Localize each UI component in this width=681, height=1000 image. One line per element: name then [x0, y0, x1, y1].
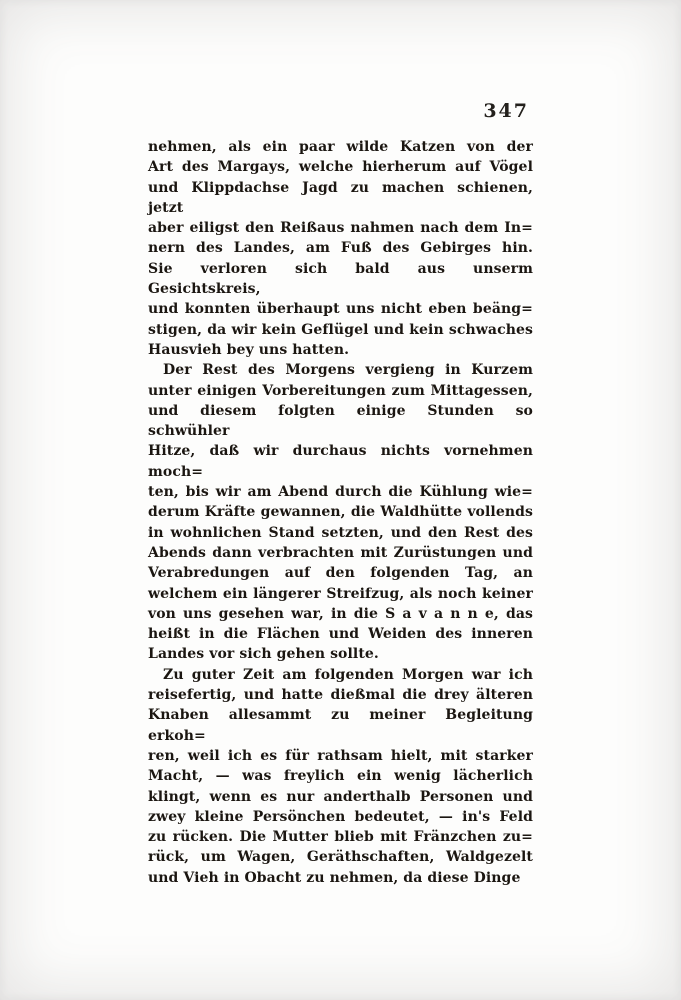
paragraph-3: Zu guter Zeit am folgenden Morgen war ic…: [148, 665, 533, 888]
text-line: Verabredungen auf den folgenden Tag, an: [148, 563, 533, 583]
text-line: zu rücken. Die Mutter blieb mit Fränzche…: [148, 827, 533, 847]
text-line: und Vieh in Obacht zu nehmen, da diese D…: [148, 868, 533, 888]
text-line: Landes vor sich gehen sollte.: [148, 644, 533, 664]
text-line: nern des Landes, am Fuß des Gebirges hin…: [148, 238, 533, 258]
text-line: Hitze, daß wir durchaus nichts vornehmen…: [148, 441, 533, 482]
text-line: Art des Margays, welche hierherum auf Vö…: [148, 157, 533, 177]
text-line: Hausvieh bey uns hatten.: [148, 340, 533, 360]
text-line: welchem ein längerer Streifzug, als noch…: [148, 584, 533, 604]
text-line: ten, bis wir am Abend durch die Kühlung …: [148, 482, 533, 502]
text-line: und diesem folgten einige Stunden so sch…: [148, 401, 533, 442]
text-line: Knaben allesammt zu meiner Begleitung er…: [148, 705, 533, 746]
text-line: unter einigen Vorbereitungen zum Mittage…: [148, 381, 533, 401]
book-page: 347 nehmen, als ein paar wilde Katzen vo…: [0, 0, 681, 1000]
text-line: zwey kleine Persönchen bedeutet, — in's …: [148, 807, 533, 827]
text-line: stigen, da wir kein Geflügel und kein sc…: [148, 320, 533, 340]
text-line: Sie verloren sich bald aus unserm Gesich…: [148, 259, 533, 300]
text-line: ren, weil ich es für rathsam hielt, mit …: [148, 746, 533, 766]
text-line: klingt, wenn es nur anderthalb Personen …: [148, 787, 533, 807]
paragraph-2: Der Rest des Morgens vergieng in Kurzem …: [148, 360, 533, 664]
text-line: von uns gesehen war, in die S a v a n n …: [148, 604, 533, 624]
text-line: und konnten überhaupt uns nicht eben beä…: [148, 299, 533, 319]
paragraph-1: nehmen, als ein paar wilde Katzen von de…: [148, 137, 533, 360]
text-line: nehmen, als ein paar wilde Katzen von de…: [148, 137, 533, 157]
text-line: derum Kräfte gewannen, die Waldhütte vol…: [148, 502, 533, 522]
page-text: nehmen, als ein paar wilde Katzen von de…: [148, 137, 533, 888]
text-line: rück, um Wagen, Geräthschaften, Waldgeze…: [148, 847, 533, 867]
text-line: Macht, — was freylich ein wenig lächerli…: [148, 766, 533, 786]
text-line: Abends dann verbrachten mit Zurüstungen …: [148, 543, 533, 563]
text-line: reisefertig, und hatte dießmal die drey …: [148, 685, 533, 705]
text-line: aber eiligst den Reißaus nahmen nach dem…: [148, 218, 533, 238]
text-line: Zu guter Zeit am folgenden Morgen war ic…: [148, 665, 533, 685]
text-line: heißt in die Flächen und Weiden des inne…: [148, 624, 533, 644]
page-header: 347: [148, 100, 533, 122]
text-line: in wohnlichen Stand setzten, und den Res…: [148, 523, 533, 543]
page-number: 347: [483, 100, 533, 122]
text-line: Der Rest des Morgens vergieng in Kurzem: [148, 360, 533, 380]
text-line: und Klippdachse Jagd zu machen schienen,…: [148, 178, 533, 219]
